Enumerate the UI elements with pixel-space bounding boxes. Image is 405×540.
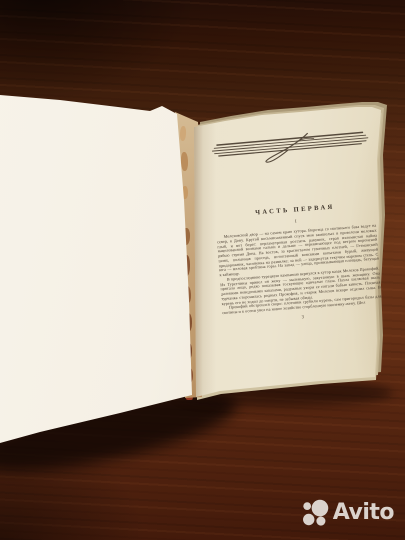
page-text-block: Мелеховский двор — на самом краю хутора.… <box>217 224 382 316</box>
avito-wordmark: Avito <box>333 502 394 526</box>
avito-watermark: Avito <box>301 499 394 528</box>
right-page-content: ЧАСТЬ ПЕРВАЯ I Мелеховский двор — на сам… <box>204 120 388 326</box>
flourish-rule-ornament-icon <box>210 127 370 168</box>
binding-mark <box>181 152 189 171</box>
book-listing-photo: ЧАСТЬ ПЕРВАЯ I Мелеховский двор — на сам… <box>0 0 405 540</box>
avito-logo-icon <box>301 499 330 528</box>
binding-mark <box>180 126 187 141</box>
